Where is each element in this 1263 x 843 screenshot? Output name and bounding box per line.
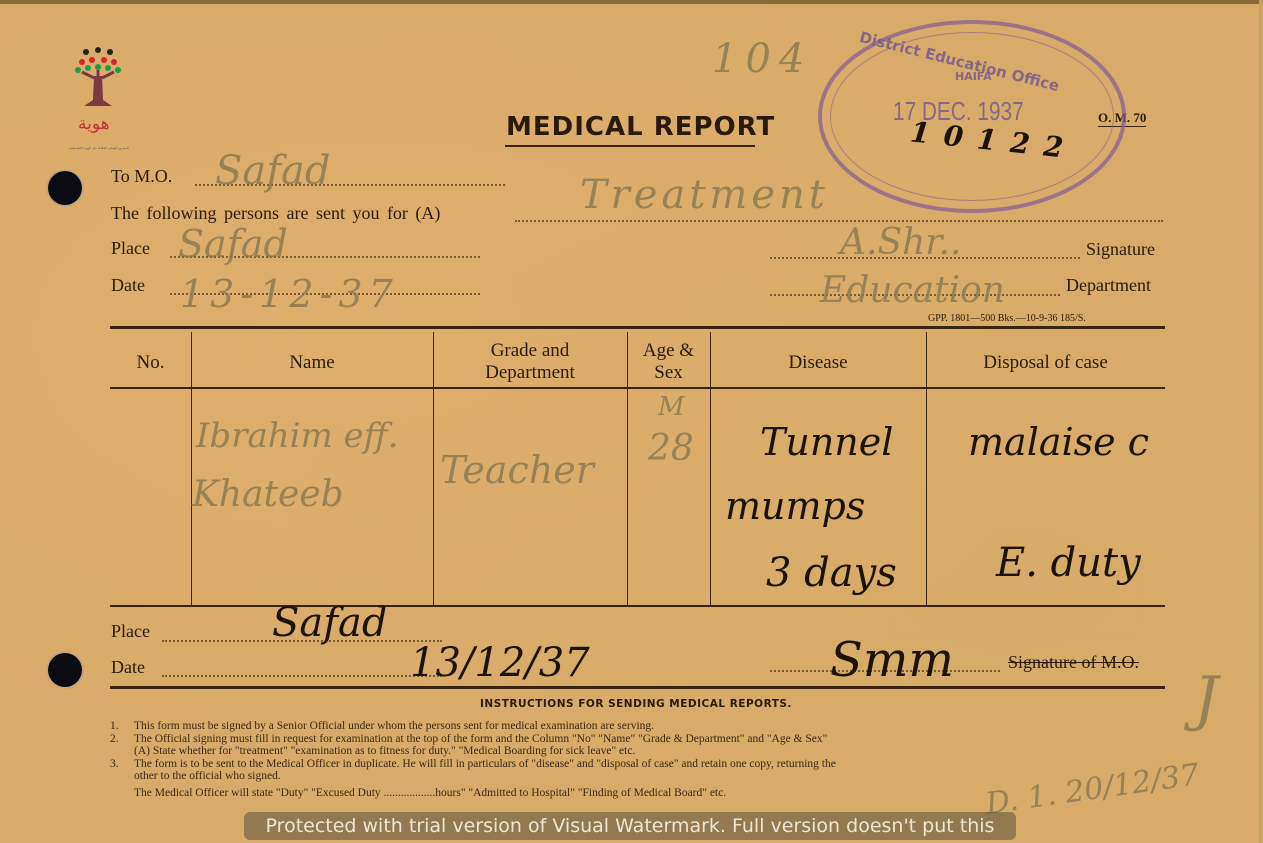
instruction-item: 1. This form must be signed by a Senior … — [110, 720, 1170, 733]
cell-grade: Teacher — [440, 448, 594, 492]
instruction-num: 1. — [110, 720, 134, 733]
col-header-disease: Disease — [710, 352, 926, 374]
logo-arabic-text: هوية — [78, 114, 110, 134]
punch-hole-top — [48, 171, 82, 205]
instruction-text: The Medical Officer will state "Duty" "E… — [134, 787, 726, 800]
col-header-grade-line2: Department — [433, 362, 627, 384]
col-header-age-line1: Age & — [627, 340, 710, 362]
col-header-age-line2: Sex — [627, 362, 710, 384]
table-header-rule — [110, 387, 1165, 389]
footer-date-value: 13/12/37 — [410, 640, 590, 686]
footer-date-label: Date — [111, 657, 145, 678]
page-title: MEDICAL REPORT — [506, 112, 775, 142]
margin-note-initial: J — [1194, 664, 1218, 734]
watermark-banner: Protected with trial version of Visual W… — [244, 812, 1016, 840]
instruction-item: 3. The form is to be sent to the Medical… — [110, 758, 1170, 771]
instruction-text: The Official signing must fill in reques… — [134, 733, 827, 746]
printer-line: GPP. 1801—500 Bks.—10-9-36 185/S. — [928, 313, 1086, 324]
instruction-item: (A) State whether for "treatment" "exami… — [110, 745, 1170, 758]
instruction-item: 2. The Official signing must fill in req… — [110, 733, 1170, 746]
cell-disease-line2: mumps — [725, 484, 865, 528]
purpose-line — [515, 220, 1163, 222]
date-value: 13-12-37 — [180, 272, 399, 316]
to-mo-label: To M.O. — [111, 166, 172, 187]
signature-value: A.Shr.. — [840, 222, 961, 263]
stamp-city: HAIFA — [955, 70, 992, 83]
footer-place-value: Safad — [272, 600, 388, 646]
instruction-text: This form must be signed by a Senior Off… — [134, 720, 654, 733]
page-edge-top — [0, 0, 1263, 4]
footer-rule — [110, 686, 1165, 689]
footer-date-line — [162, 675, 442, 677]
page-edge-right — [1259, 0, 1263, 843]
purpose-value: Treatment — [580, 172, 829, 218]
document-page: هوية المشروع الوطني للحفاظ على الهوية ال… — [0, 0, 1263, 843]
purpose-label: The following persons are sent you for (… — [111, 203, 440, 224]
punch-hole-bottom — [48, 653, 82, 687]
department-label: Department — [1066, 275, 1151, 296]
mo-signature-value: Smm — [830, 632, 954, 688]
col-header-name: Name — [191, 352, 433, 374]
instruction-text: The form is to be sent to the Medical Of… — [134, 758, 836, 771]
instruction-num — [110, 745, 134, 758]
col-header-grade: Grade and Department — [433, 340, 627, 384]
col-header-no: No. — [110, 352, 191, 374]
title-underline — [505, 145, 755, 147]
place-label: Place — [111, 238, 150, 259]
cell-disposal-line1: malaise c — [968, 420, 1149, 464]
tree-logo-icon — [72, 46, 124, 116]
table-bottom-rule — [110, 605, 1165, 607]
to-mo-value: Safad — [215, 148, 331, 194]
instruction-text: (A) State whether for "treatment" "exami… — [134, 745, 635, 758]
instructions-heading: INSTRUCTIONS FOR SENDING MEDICAL REPORTS… — [480, 698, 792, 710]
cell-sex: M — [658, 392, 685, 422]
instruction-num: 3. — [110, 758, 134, 771]
col-header-grade-line1: Grade and — [433, 340, 627, 362]
instruction-text: other to the official who signed. — [134, 770, 281, 783]
cell-disposal-line2: E. duty — [996, 540, 1141, 586]
mo-signature-label: Signature of M.O. — [1008, 652, 1139, 673]
instruction-num — [110, 787, 134, 800]
instruction-item: other to the official who signed. — [110, 770, 1170, 783]
logo-caption: المشروع الوطني للحفاظ على الهوية الفلسطي… — [68, 146, 130, 150]
cell-age: 28 — [648, 428, 694, 469]
page-number: 104 — [712, 36, 812, 82]
department-value: Education — [820, 270, 1005, 311]
instruction-num — [110, 770, 134, 783]
col-header-disposal: Disposal of case — [926, 352, 1165, 374]
signature-label: Signature — [1086, 239, 1155, 260]
cell-disease-line1: Tunnel — [760, 420, 893, 464]
cell-name-line2: Khateeb — [192, 474, 344, 515]
col-header-age-sex: Age & Sex — [627, 340, 710, 384]
instruction-num: 2. — [110, 733, 134, 746]
place-value: Safad — [178, 222, 288, 266]
footer-place-label: Place — [111, 621, 150, 642]
cell-disease-line3: 3 days — [766, 550, 897, 596]
table-top-rule — [110, 326, 1165, 329]
cell-name-line1: Ibrahim eff. — [196, 416, 399, 456]
date-label: Date — [111, 275, 145, 296]
